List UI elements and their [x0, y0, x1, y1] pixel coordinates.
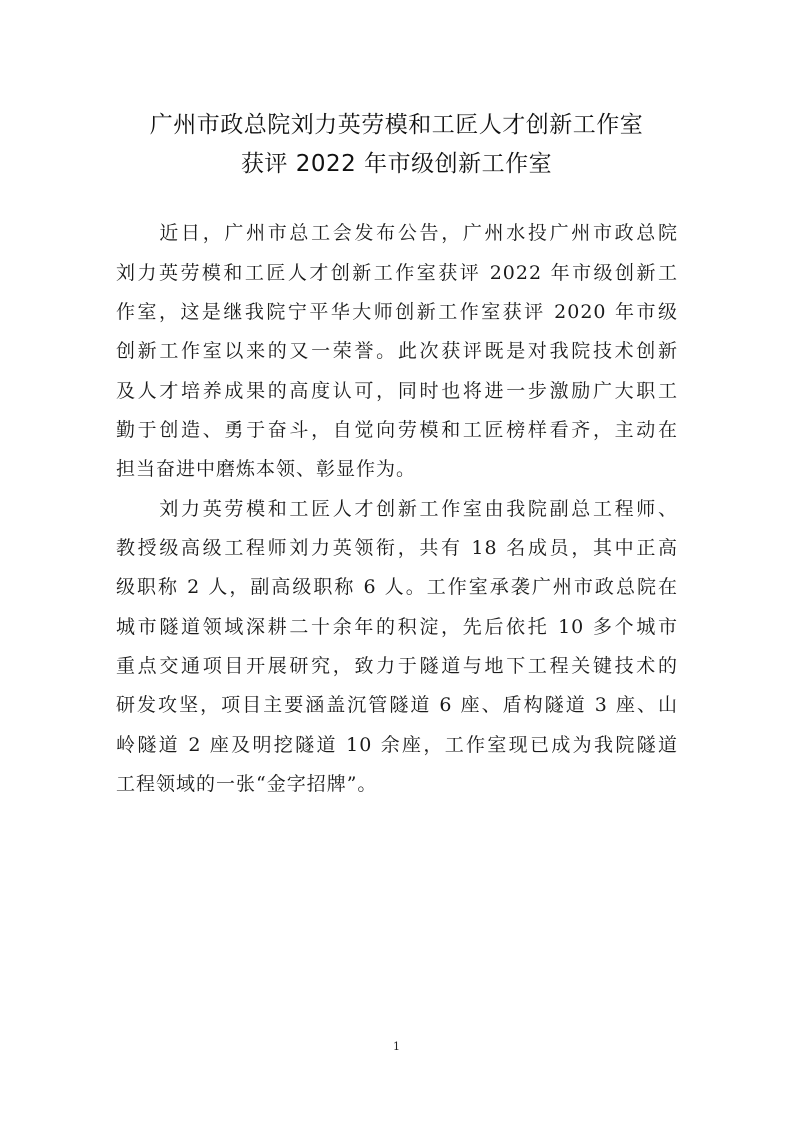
paragraph-line: 刘力英劳模和工匠人才创新工作室获评 2022 年市级创新工 [116, 258, 678, 285]
paragraph-line: 作室，这是继我院宁平华大师创新工作室获评 2020 年市级 [116, 297, 678, 324]
paragraph-line: 近日，广州市总工会发布公告，广州水投广州市政总院 [116, 218, 678, 245]
paragraph-line: 研发攻坚，项目主要涵盖沉管隧道 6 座、盾构隧道 3 座、山 [116, 690, 678, 717]
paragraph-line: 创新工作室以来的又一荣誉。此次获评既是对我院技术创新 [116, 336, 678, 363]
document-title-line-2: 获评 2022 年市级创新工作室 [0, 145, 793, 178]
paragraph-line: 岭隧道 2 座及明挖隧道 10 余座，工作室现已成为我院隧道 [116, 730, 678, 757]
paragraph-line: 工程领域的一张“金字招牌”。 [116, 769, 678, 796]
paragraph-line: 及人才培养成果的高度认可，同时也将进一步激励广大职工 [116, 376, 678, 403]
paragraph-line: 城市隧道领域深耕二十余年的积淀，先后依托 10 多个城市 [116, 612, 678, 639]
paragraph-line: 勤于创造、勇于奋斗，自觉向劳模和工匠榜样看齐，主动在 [116, 415, 678, 442]
paragraph-line: 重点交通项目开展研究，致力于隧道与地下工程关键技术的 [116, 651, 678, 678]
paragraph-line: 教授级高级工程师刘力英领衔，共有 18 名成员，其中正高 [116, 533, 678, 560]
paragraph-line: 刘力英劳模和工匠人才创新工作室由我院副总工程师、 [116, 494, 678, 521]
document-title-line-1: 广州市政总院刘力英劳模和工匠人才创新工作室 [0, 106, 793, 139]
paragraph-line: 担当奋进中磨炼本领、彰显作为。 [116, 454, 678, 481]
paragraph-line: 级职称 2 人，副高级职称 6 人。工作室承袭广州市政总院在 [116, 572, 678, 599]
page-number: 1 [0, 1040, 793, 1053]
